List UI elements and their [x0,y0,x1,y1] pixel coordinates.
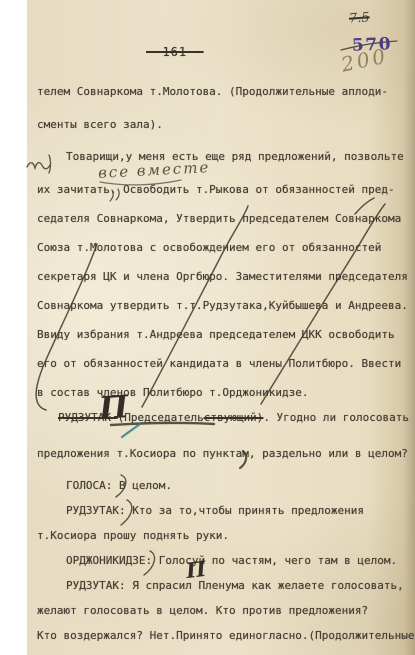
typed-line: их зачитать. Освободить т.Рыкова от обяз… [37,183,395,196]
typed-line: секретаря ЦК и члена Оргбюро. Заместител… [37,270,408,283]
document-scan: { "header": { "struck_page_number": "- 1… [0,0,415,655]
typed-line: Союза т.Молотова с освобождением его от … [37,241,381,254]
typed-line: Товарищи,у меня есть еще ряд предложений… [66,150,404,163]
corner-crossed-number: 7.5 [349,10,371,26]
typed-line: Совнаркома утвердить т.т.Рудзутака,Куйбы… [37,299,408,312]
typed-line: седателя Совнаркома, Утвердить председат… [37,212,401,225]
typed-line: ГОЛОСА: В целом. [66,479,172,492]
typed-line: его от обязанностей кандидата в члены По… [37,357,401,370]
typed-line: в состав членов Политбюро т.Орджоникидзе… [37,386,309,399]
struck-page-number: - 161 - [146,45,204,59]
typed-line: т.Косиора прошу поднять руки. [37,529,229,542]
typed-line: Кто воздержался? Нет.Принято единогласно… [37,629,415,642]
typed-line: желают голосовать в целом. Кто против пр… [37,604,368,617]
typed-line: Ввиду избрания т.Андреева председателем … [37,328,395,341]
handwritten-letter-chairman: П [98,389,130,427]
typed-line: РУДЗУТАК: Кто за то,чтобы принять предло… [66,504,364,517]
typed-line: телем Совнаркома т.Молотова. (Продолжите… [37,85,388,98]
typed-line: предложения т.Косиора по пунктам, раздел… [37,447,408,460]
typed-line: ОРДЖОНИКИДЗЕ: Голосуй по частям, чего та… [66,554,397,567]
typed-line: сменты всего зала). [37,118,163,131]
handwritten-letter-plenum: П [185,556,208,583]
typed-line: РУДЗУТАК: Я спрасил Пленума как желаете … [66,579,404,592]
